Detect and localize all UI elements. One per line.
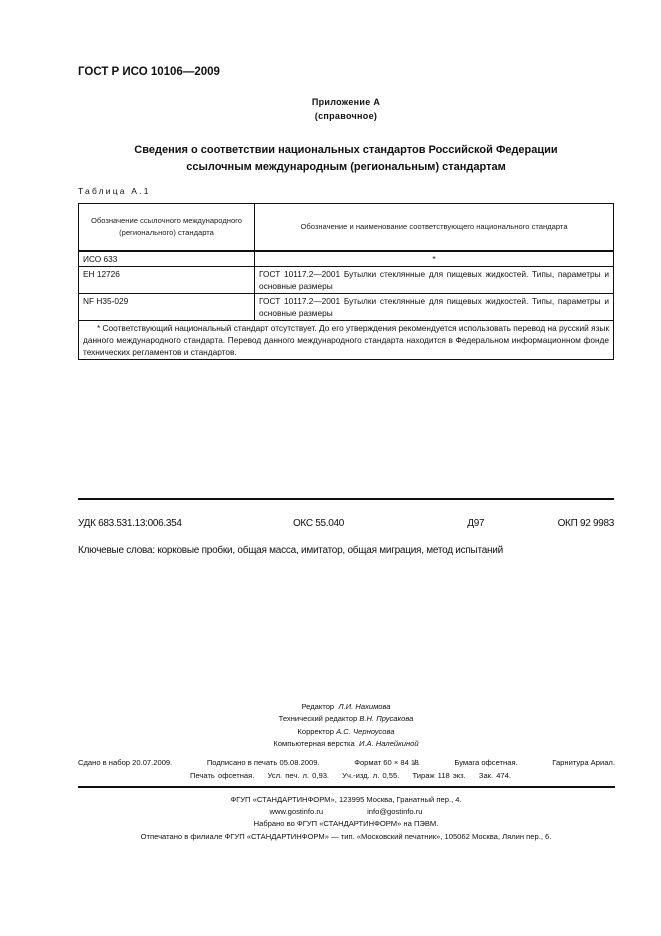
table-header-row: Обозначение ссылочного международного (р… <box>79 204 614 252</box>
oks-code: ОКС 55.040 <box>293 518 344 529</box>
credit-proofreader: Корректор А.С. Черноусова <box>0 726 661 738</box>
credit-name: И.А. Налейкиной <box>359 739 419 748</box>
publisher-info: ФГУП «СТАНДАРТИНФОРМ», 123995 Москва, Гр… <box>0 794 661 843</box>
okp-code: ОКП 92 9983 <box>558 518 614 529</box>
print-details-row-2: Печать офсетная. Усл. печ. л. 0,93. Уч.-… <box>78 770 615 782</box>
publisher-sheets: Уч.-изд. л. 0,55. <box>342 771 399 780</box>
credit-role: Редактор <box>301 702 334 711</box>
section-title: Сведения о соответствии национальных ста… <box>0 142 661 176</box>
submitted-date: Сдано в набор 20.07.2009. <box>78 757 172 770</box>
publisher-email-link[interactable]: info@gostinfo.ru <box>367 807 422 816</box>
table-row: ЕН 12726 ГОСТ 10117.2—2001 Бутылки стекл… <box>79 267 614 294</box>
print-sheets: Усл. печ. л. 0,93. <box>267 771 329 780</box>
order-number: Зак. 474. <box>479 771 511 780</box>
credit-layout: Компьютерная верстка И.А. Налейкиной <box>0 738 661 750</box>
table-footnote-row: * Соответствующий национальный стандарт … <box>79 321 614 360</box>
divider <box>78 498 614 500</box>
paper-format: Формат 60 × 84 1/8. <box>354 757 420 770</box>
print-details: Сдано в набор 20.07.2009. Подписано в пе… <box>78 757 615 782</box>
table-caption: Таблица А.1 <box>78 186 151 196</box>
signed-date: Подписано в печать 05.08.2009. <box>207 757 320 770</box>
annex-heading: Приложение А (справочное) <box>0 95 661 123</box>
typeset-note: Набрано во ФГУП «СТАНДАРТИНФОРМ» на ПЭВМ… <box>0 818 661 830</box>
table-row: NF H35-029 ГОСТ 10117.2—2001 Бутылки сте… <box>79 294 614 321</box>
national-standard-cell: ГОСТ 10117.2—2001 Бутылки стеклянные для… <box>255 294 614 321</box>
credit-name: А.С. Черноусова <box>336 727 394 736</box>
section-title-line-1: Сведения о соответствии национальных ста… <box>0 142 661 159</box>
annex-subtitle: (справочное) <box>0 109 661 123</box>
reference-standard-cell: ИСО 633 <box>79 251 255 267</box>
table-footnote-text: * Соответствующий национальный стандарт … <box>83 323 609 357</box>
column-header-national: Обозначение и наименование соответствующ… <box>255 204 614 252</box>
print-type: Печать офсетная. <box>190 771 254 780</box>
national-standard-cell: ГОСТ 10117.2—2001 Бутылки стеклянные для… <box>255 267 614 294</box>
divider <box>78 786 615 788</box>
udk-code: УДК 683.531.13:006.354 <box>78 518 182 529</box>
group-code: Д97 <box>467 518 484 529</box>
document-code: ГОСТ Р ИСО 10106—2009 <box>78 66 220 78</box>
publisher-contacts: www.gostinfo.ruinfo@gostinfo.ru <box>0 806 661 818</box>
annex-title: Приложение А <box>0 95 661 109</box>
credit-tech-editor: Технический редактор В.Н. Прусакова <box>0 713 661 725</box>
table-footnote: * Соответствующий национальный стандарт … <box>79 321 614 360</box>
table-row: ИСО 633 * <box>79 251 614 267</box>
credit-role: Компьютерная верстка <box>273 739 354 748</box>
print-run: Тираж 118 экз. <box>412 771 465 780</box>
national-standard-cell: * <box>255 251 614 267</box>
paper-type: Бумага офсетная. <box>454 757 517 770</box>
typeface: Гарнитура Ариал. <box>552 757 615 770</box>
classification-codes: УДК 683.531.13:006.354 ОКС 55.040 Д97 ОК… <box>78 518 614 529</box>
credit-name: Л.И. Нахимова <box>338 702 390 711</box>
publisher-address: ФГУП «СТАНДАРТИНФОРМ», 123995 Москва, Гр… <box>0 794 661 806</box>
credit-editor: Редактор Л.И. Нахимова <box>0 701 661 713</box>
correspondence-table: Обозначение ссылочного международного (р… <box>78 203 614 360</box>
keywords: Ключевые слова: корковые пробки, общая м… <box>78 545 503 556</box>
format-text: Формат 60 × 84 <box>354 758 409 767</box>
credit-role: Корректор <box>297 727 334 736</box>
publisher-website-link[interactable]: www.gostinfo.ru <box>269 807 323 816</box>
reference-standard-cell: NF H35-029 <box>79 294 255 321</box>
credit-name: В.Н. Прусакова <box>359 714 413 723</box>
column-header-reference: Обозначение ссылочного международного (р… <box>79 204 255 252</box>
editorial-credits: Редактор Л.И. Нахимова Технический редак… <box>0 701 661 750</box>
printed-note: Отпечатано в филиале ФГУП «СТАНДАРТИНФОР… <box>0 831 661 843</box>
reference-standard-cell: ЕН 12726 <box>79 267 255 294</box>
format-fraction: 1/8 <box>411 760 418 767</box>
print-details-row-1: Сдано в набор 20.07.2009. Подписано в пе… <box>78 757 615 770</box>
section-title-line-2: ссылочным международным (региональным) с… <box>0 159 661 176</box>
credit-role: Технический редактор <box>279 714 358 723</box>
